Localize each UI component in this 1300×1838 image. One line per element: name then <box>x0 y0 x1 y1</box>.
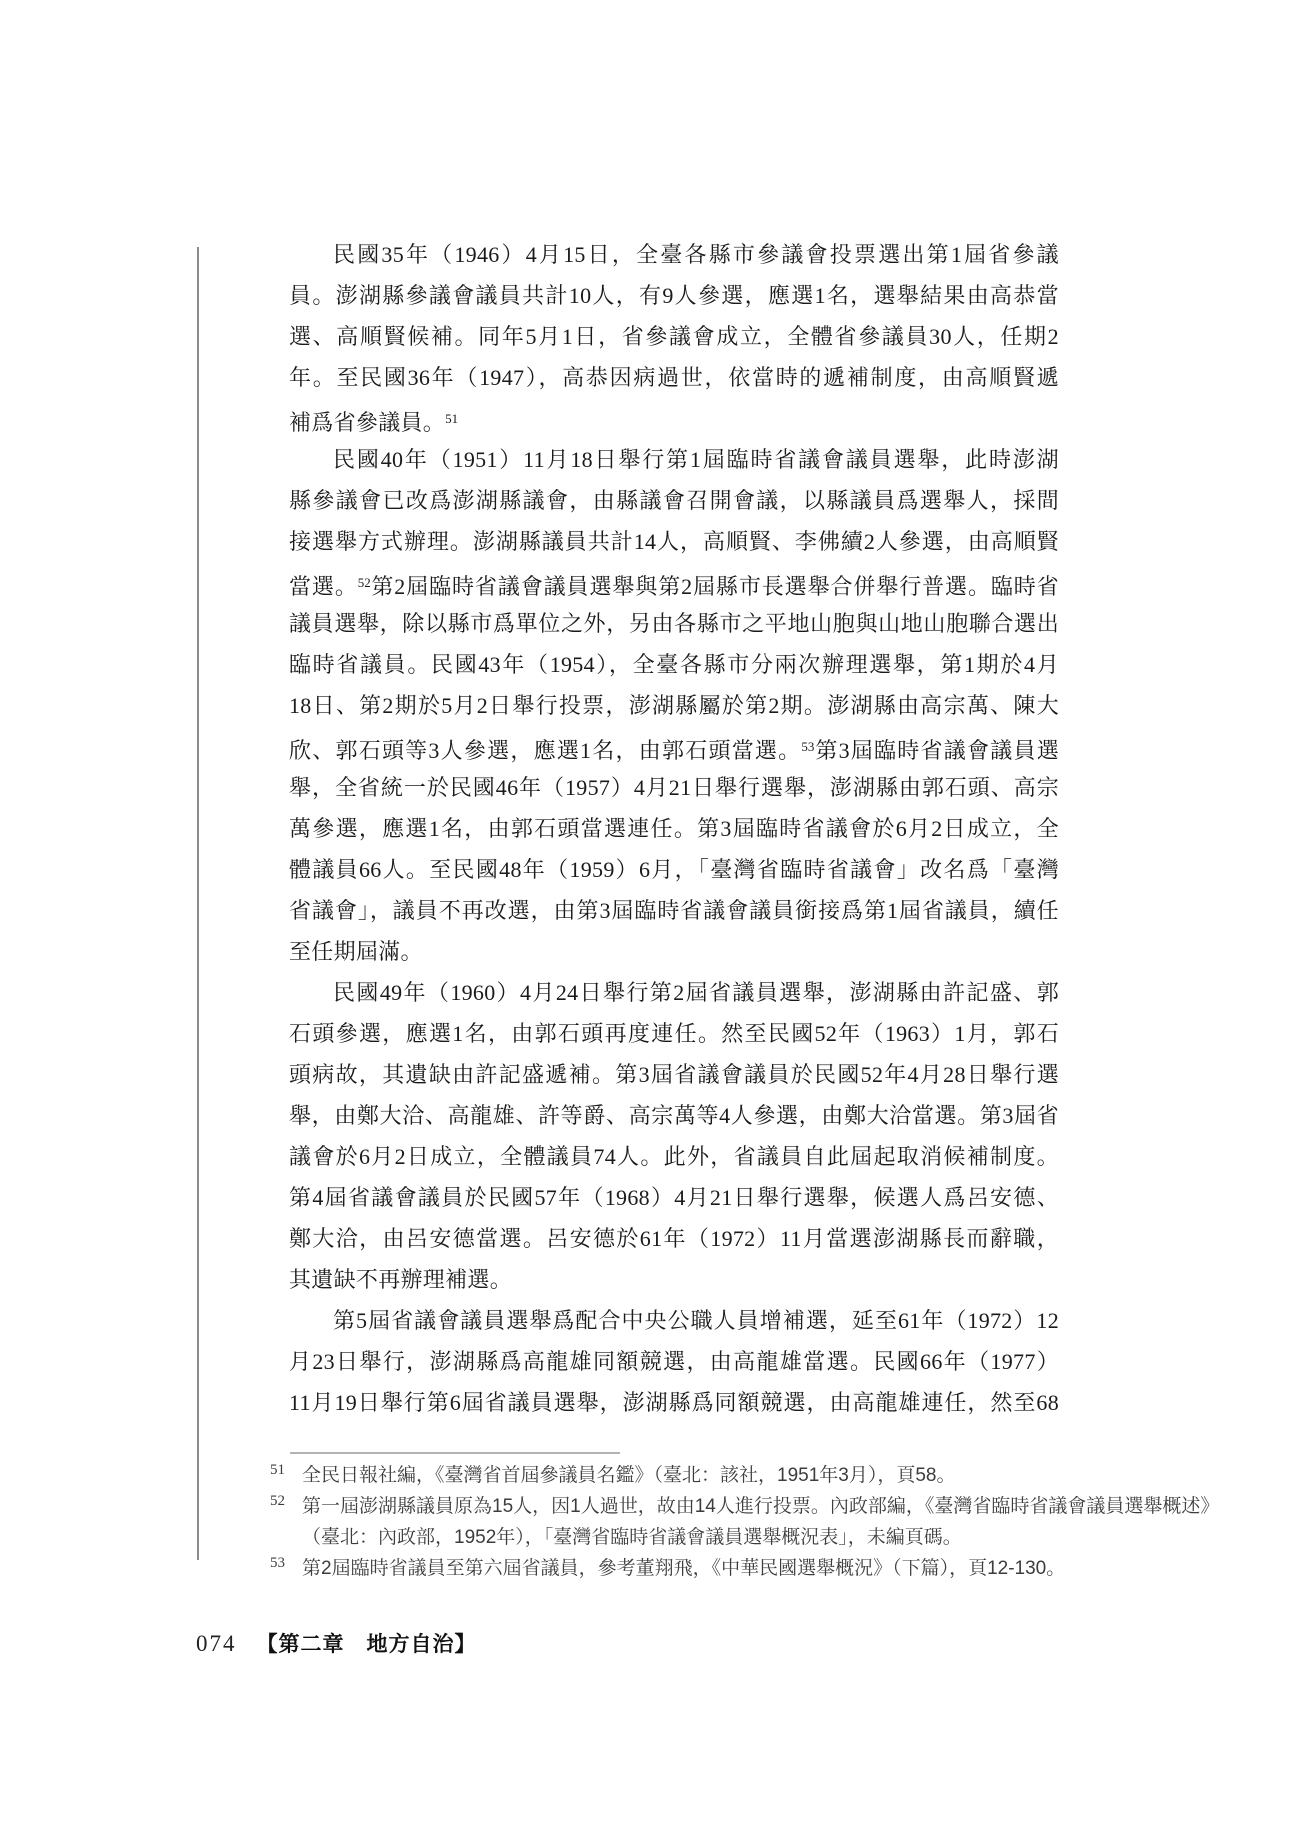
body-line: 月23日舉行，澎湖縣爲高龍雄同額競選，由高龍雄當選。民國66年（1977） <box>289 1341 1059 1382</box>
footnote-text: 全民日報社編，《臺灣省首屆參議員名鑑》（臺北：該社，1951年3月），頁58。 <box>302 1460 1085 1491</box>
page-number: 074 <box>196 1631 237 1657</box>
footnote-line: 第一屆澎湖縣議員原為15人，因1人過世，故由14人進行投票。內政部編，《臺灣省臨… <box>302 1491 1219 1522</box>
body-line: 臨時省議員。民國43年（1954），全臺各縣市分兩次辦理選舉，第1期於4月 <box>289 644 1059 685</box>
footnote: 51全民日報社編，《臺灣省首屆參議員名鑑》（臺北：該社，1951年3月），頁58… <box>270 1460 1085 1491</box>
body-line: 第4屆省議會議員於民國57年（1968）4月21日舉行選舉，候選人爲呂安德、 <box>289 1177 1059 1218</box>
main-text-block: 民國35年（1946）4月15日，全臺各縣市參議會投票選出第1屆省參議員。澎湖縣… <box>289 234 1059 1423</box>
chapter-title: 【第二章 地方自治】 <box>257 1628 477 1658</box>
body-line: 補爲省參議員。51 <box>289 398 1059 439</box>
footnote-line: 全民日報社編，《臺灣省首屆參議員名鑑》（臺北：該社，1951年3月），頁58。 <box>302 1460 1085 1491</box>
footnote-reference: 52 <box>358 575 371 590</box>
footnote-text: 第2屆臨時省議員至第六屆省議員，參考董翔飛，《中華民國選舉概況》（下篇），頁12… <box>302 1553 1085 1584</box>
footnote-text: 第一屆澎湖縣議員原為15人，因1人過世，故由14人進行投票。內政部編，《臺灣省臨… <box>302 1491 1219 1553</box>
footnote-number: 53 <box>270 1548 302 1579</box>
body-line: 萬參選，應選1名，由郭石頭當選連任。第3屆臨時省議會於6月2日成立，全 <box>289 808 1059 849</box>
body-line: 民國40年（1951）11月18日舉行第1屆臨時省議會議員選舉，此時澎湖 <box>289 439 1059 480</box>
footnote-number: 52 <box>270 1486 302 1517</box>
body-line: 第5屆省議會議員選舉爲配合中央公職人員增補選，延至61年（1972）12 <box>289 1300 1059 1341</box>
body-line: 省議會」，議員不再改選，由第3屆臨時省議會議員銜接爲第1屆省議員，續任 <box>289 890 1059 931</box>
body-line: 頭病故，其遺缺由許記盛遞補。第3屆省議會議員於民國52年4月28日舉行選 <box>289 1054 1059 1095</box>
body-line: 舉，由鄭大洽、高龍雄、許等爵、高宗萬等4人參選，由鄭大洽當選。第3屆省 <box>289 1095 1059 1136</box>
body-line: 縣參議會已改爲澎湖縣議會，由縣議會召開會議，以縣議員爲選舉人，採間 <box>289 480 1059 521</box>
footnote: 52第一屆澎湖縣議員原為15人，因1人過世，故由14人進行投票。內政部編，《臺灣… <box>270 1491 1085 1553</box>
footnote-separator <box>290 1452 620 1454</box>
body-line: 石頭參選，應選1名，由郭石頭再度連任。然至民國52年（1963）1月，郭石 <box>289 1013 1059 1054</box>
footnote-reference: 53 <box>801 739 814 754</box>
body-line: 至任期屆滿。 <box>289 931 1059 972</box>
body-line: 體議員66人。至民國48年（1959）6月，「臺灣省臨時省議會」改名爲「臺灣 <box>289 849 1059 890</box>
body-line: 年。至民國36年（1947），高恭因病過世，依當時的遞補制度，由高順賢遞 <box>289 357 1059 398</box>
body-line: 鄭大洽，由呂安德當選。呂安德於61年（1972）11月當選澎湖縣長而辭職， <box>289 1218 1059 1259</box>
body-line: 民國35年（1946）4月15日，全臺各縣市參議會投票選出第1屆省參議 <box>289 234 1059 275</box>
footnotes-block: 51全民日報社編，《臺灣省首屆參議員名鑑》（臺北：該社，1951年3月），頁58… <box>270 1460 1085 1584</box>
body-line: 民國49年（1960）4月24日舉行第2屆省議員選舉，澎湖縣由許記盛、郭 <box>289 972 1059 1013</box>
body-line: 接選舉方式辦理。澎湖縣議員共計14人，高順賢、李佛續2人參選，由高順賢 <box>289 521 1059 562</box>
body-line: 議員選舉，除以縣市爲單位之外，另由各縣市之平地山胞與山地山胞聯合選出 <box>289 603 1059 644</box>
book-page: 民國35年（1946）4月15日，全臺各縣市參議會投票選出第1屆省參議員。澎湖縣… <box>0 0 1300 1838</box>
body-line: 議會於6月2日成立，全體議員74人。此外，省議員自此屆起取消候補制度。 <box>289 1136 1059 1177</box>
footnote: 53第2屆臨時省議員至第六屆省議員，參考董翔飛，《中華民國選舉概況》（下篇），頁… <box>270 1553 1085 1584</box>
left-margin-rule <box>197 247 199 1560</box>
body-line: 其遺缺不再辦理補選。 <box>289 1259 1059 1300</box>
body-line: 當選。52第2屆臨時省議會議員選舉與第2屆縣市長選舉合併舉行普選。臨時省 <box>289 562 1059 603</box>
body-line: 11月19日舉行第6屆省議員選舉，澎湖縣爲同額競選，由高龍雄連任，然至68 <box>289 1382 1059 1423</box>
body-line: 員。澎湖縣參議會議員共計10人，有9人參選，應選1名，選舉結果由高恭當 <box>289 275 1059 316</box>
footnote-reference: 51 <box>445 411 458 426</box>
page-footer: 074 【第二章 地方自治】 <box>196 1628 477 1658</box>
footnote-number: 51 <box>270 1455 302 1486</box>
body-line: 欣、郭石頭等3人參選，應選1名，由郭石頭當選。53第3屆臨時省議會議員選 <box>289 726 1059 767</box>
footnote-line: 第2屆臨時省議員至第六屆省議員，參考董翔飛，《中華民國選舉概況》（下篇），頁12… <box>302 1553 1085 1584</box>
body-line: 選、高順賢候補。同年5月1日，省參議會成立，全體省參議員30人，任期2 <box>289 316 1059 357</box>
body-line: 18日、第2期於5月2日舉行投票，澎湖縣屬於第2期。澎湖縣由高宗萬、陳大 <box>289 685 1059 726</box>
footnote-line: （臺北：內政部，1952年），「臺灣省臨時省議會議員選舉概況表」，未編頁碼。 <box>302 1522 1219 1553</box>
body-line: 舉，全省統一於民國46年（1957）4月21日舉行選舉，澎湖縣由郭石頭、高宗 <box>289 767 1059 808</box>
